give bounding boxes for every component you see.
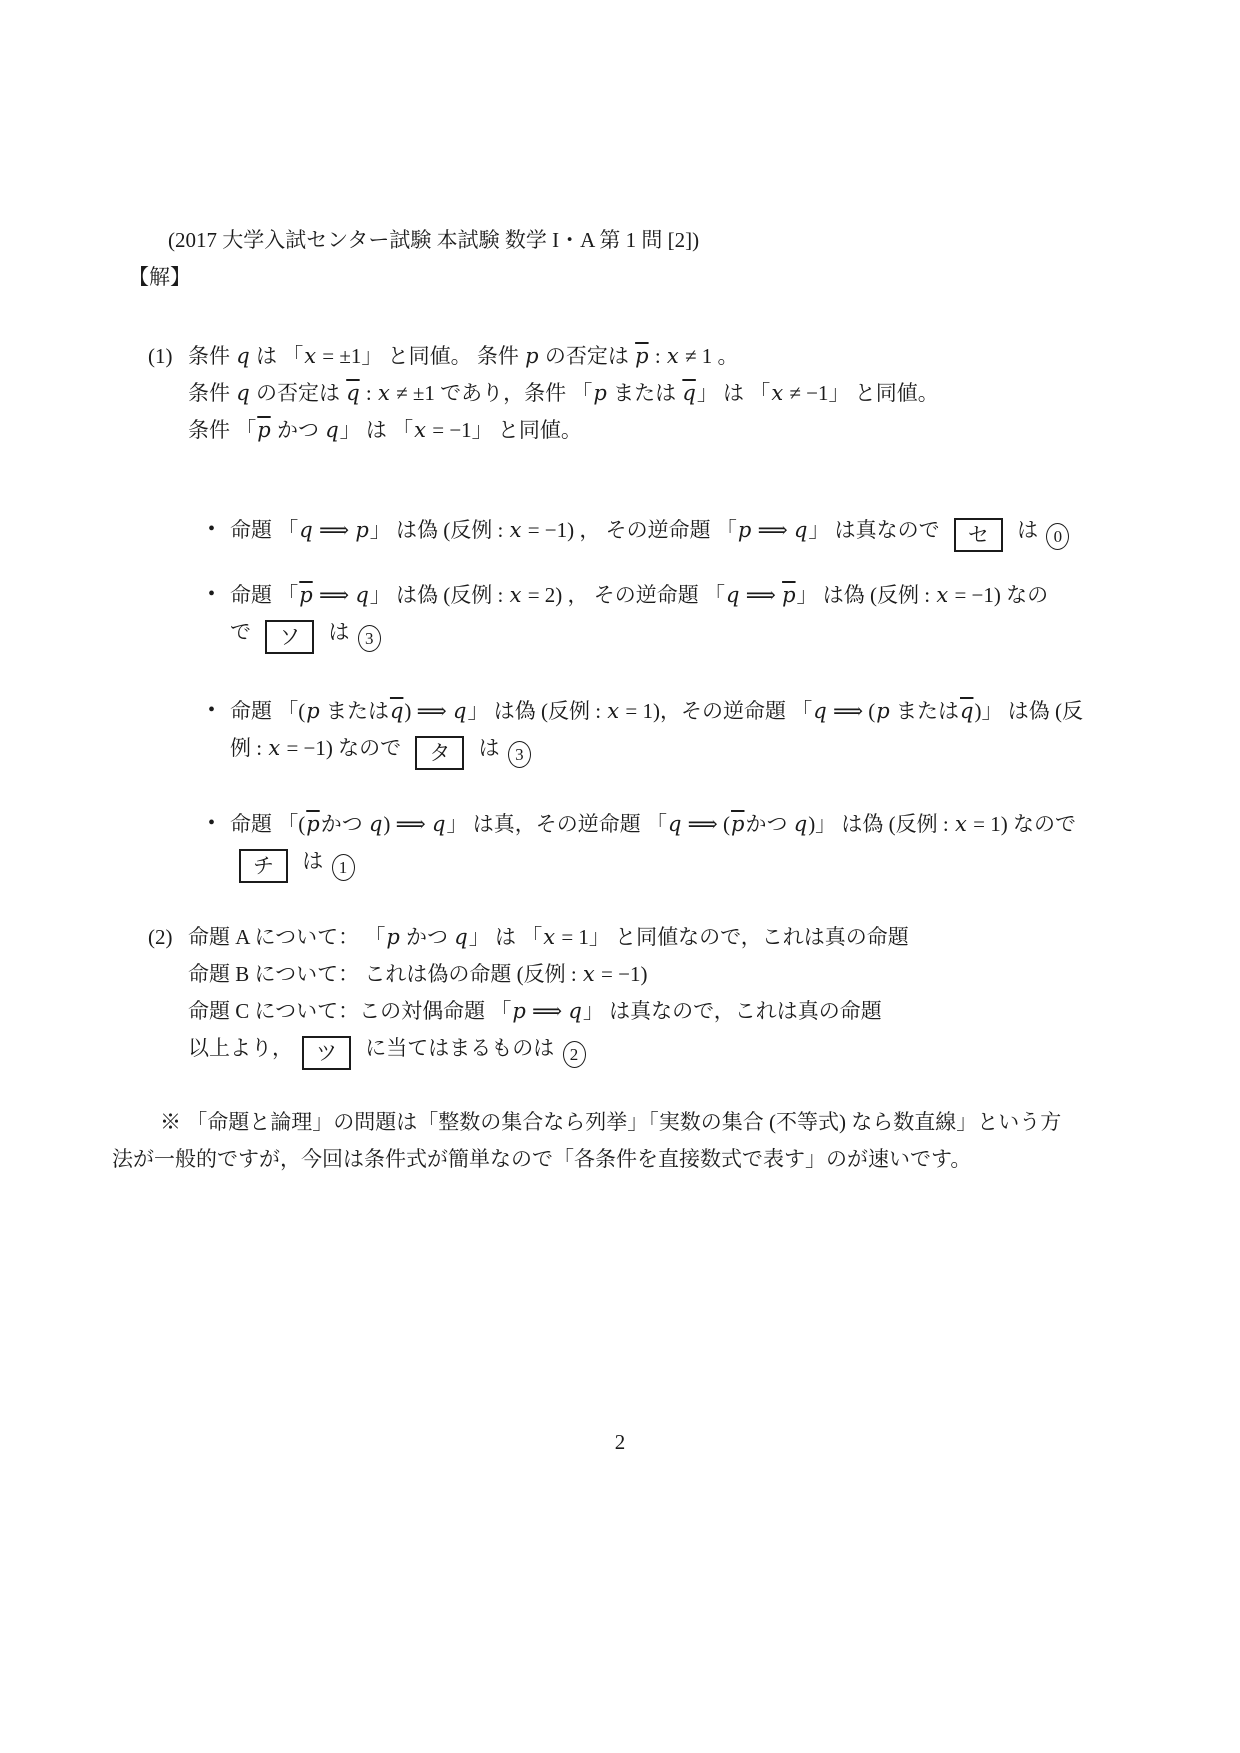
note-line-2: 法が一般的ですが，今回は条件式が簡単なので「各条件を直接数式で表す」のが速いです… bbox=[112, 1141, 1128, 1178]
text-run: 命題 「 bbox=[230, 583, 298, 607]
bullet-2-line-2: で ソ は 3 bbox=[230, 614, 1128, 654]
bullet-3-line-1: 命題 「(p またはq) ⟹ q」 は偽 (反例 : x = 1)，その逆命題 … bbox=[230, 693, 1128, 730]
math-variable-overline: p bbox=[634, 344, 649, 368]
bullet-icon: • bbox=[208, 511, 215, 548]
math-variable: p bbox=[592, 381, 607, 405]
math-variable: x bbox=[413, 418, 427, 442]
text-run: 命題 「 bbox=[230, 518, 298, 542]
math-variable: q bbox=[431, 812, 446, 836]
text-run: ※ 「命題と論理」の問題は「整数の集合なら列挙」「実数の集合 (不等式) なら数… bbox=[160, 1110, 1061, 1134]
math-variable: p bbox=[354, 518, 369, 542]
bullet-item-2: • 命題 「p ⟹ q」 は偽 (反例 : x = 2) ， その逆命題 「q … bbox=[188, 577, 1128, 654]
math-variable: p bbox=[737, 518, 752, 542]
math-variable: x bbox=[377, 381, 391, 405]
math-variable: q bbox=[452, 699, 467, 723]
text-run: ⟹ bbox=[314, 583, 355, 607]
circled-digit: 3 bbox=[508, 741, 531, 768]
math-variable: x bbox=[666, 344, 680, 368]
math-variable: q bbox=[567, 999, 582, 1023]
part-2-line-4: 以上より，ツ に当てはまるものは 2 bbox=[188, 1030, 1128, 1070]
math-variable: q bbox=[812, 699, 827, 723]
page-number: 2 bbox=[0, 1424, 1240, 1461]
text-run: ≠ ±1 であり，条件 「 bbox=[391, 381, 593, 405]
bullet-3-line-2: 例 : x = −1) なので タ は 3 bbox=[230, 730, 1128, 770]
circled-digit: 1 bbox=[332, 854, 355, 881]
text-run: = 1) なので bbox=[968, 812, 1076, 836]
text-run: = 1)，その逆命題 「 bbox=[620, 699, 812, 723]
math-variable: q bbox=[354, 583, 369, 607]
bullet-icon: • bbox=[208, 692, 215, 729]
text-run: ) ⟹ bbox=[383, 812, 431, 836]
math-variable: x bbox=[303, 344, 317, 368]
text-run: 命題 C について：この対偶命題 「 bbox=[188, 999, 511, 1023]
part-2-number: (2) bbox=[148, 919, 173, 956]
math-variable: q bbox=[235, 381, 250, 405]
text-run: (2017 大学入試センター試験 本試験 数学 I・A 第 1 問 [2]) bbox=[168, 228, 699, 252]
text-run: かつ bbox=[272, 418, 325, 442]
text-run: ⟹ ( bbox=[682, 812, 730, 836]
text-run: 法が一般的ですが，今回は条件式が簡単なので「各条件を直接数式で表す」のが速いです… bbox=[112, 1147, 971, 1171]
bullet-icon: • bbox=[208, 805, 215, 842]
text-run: 命題 A について： 「 bbox=[188, 925, 385, 949]
text-run: は 「 bbox=[251, 344, 304, 368]
part-2-line-2: 命題 B について： これは偽の命題 (反例 : x = −1) bbox=[188, 956, 1128, 993]
math-variable: p bbox=[875, 699, 890, 723]
text-run: ) ⟹ bbox=[404, 699, 452, 723]
math-variable-overline: p bbox=[781, 583, 796, 607]
math-variable: q bbox=[793, 812, 808, 836]
text-run: = 2) ， その逆命題 「 bbox=[522, 583, 725, 607]
answer-box: ツ bbox=[302, 1036, 351, 1070]
answer-box: ソ bbox=[265, 620, 314, 654]
bullet-4-line-2: チ は 1 bbox=[230, 843, 1128, 883]
math-variable-overline: q bbox=[959, 699, 974, 723]
text-run: = −1) なので bbox=[281, 736, 406, 760]
math-variable-overline: q bbox=[389, 699, 404, 723]
math-variable: q bbox=[324, 418, 339, 442]
text-run: ⟹ bbox=[527, 999, 568, 1023]
text-run: ⟹ bbox=[752, 518, 793, 542]
text-run: かつ bbox=[401, 925, 454, 949]
math-variable: q bbox=[368, 812, 383, 836]
math-variable: x bbox=[267, 736, 281, 760]
text-run: = −1) ， その逆命題 「 bbox=[522, 518, 736, 542]
text-run: 」 は偽 (反例 : bbox=[797, 583, 936, 607]
text-run: : bbox=[650, 344, 666, 368]
note-paragraph: ※ 「命題と論理」の問題は「整数の集合なら列挙」「実数の集合 (不等式) なら数… bbox=[112, 1104, 1128, 1178]
part-2-line-3: 命題 C について：この対偶命題 「p ⟹ q」 は真なので，これは真の命題 bbox=[188, 993, 1128, 1030]
text-run: の否定は bbox=[540, 344, 635, 368]
text-run: は bbox=[1012, 518, 1044, 542]
text-run: 命題 「( bbox=[230, 699, 305, 723]
part-2-section: (2) 命題 A について： 「p かつ q」 は 「x = 1」 と同値なので… bbox=[112, 919, 1128, 1070]
math-variable: q bbox=[298, 518, 313, 542]
math-variable: x bbox=[509, 583, 523, 607]
part-1-section: (1) 条件 q は 「x = ±1」 と同値。 条件 p の否定は p : x… bbox=[112, 338, 1128, 883]
math-variable-overline: q bbox=[345, 381, 360, 405]
text-run: = −1) bbox=[596, 962, 648, 986]
text-run: 」 は偽 (反例 : bbox=[370, 583, 509, 607]
text-run: かつ bbox=[321, 812, 368, 836]
math-variable: x bbox=[582, 962, 596, 986]
text-run: ⟹ bbox=[314, 518, 355, 542]
text-run: 」 は真，その逆命題 「 bbox=[446, 812, 667, 836]
math-variable: x bbox=[770, 381, 784, 405]
math-variable-overline: p bbox=[298, 583, 313, 607]
text-run: 条件 「 bbox=[188, 418, 256, 442]
bullet-4-line-1: 命題 「(pかつ q) ⟹ q」 は真，その逆命題 「q ⟹ (pかつ q)」 … bbox=[230, 806, 1128, 843]
text-run: かつ bbox=[745, 812, 792, 836]
bullet-item-4: • 命題 「(pかつ q) ⟹ q」 は真，その逆命題 「q ⟹ (pかつ q)… bbox=[188, 806, 1128, 883]
bullet-item-1: • 命題 「q ⟹ p」 は偽 (反例 : x = −1) ， その逆命題 「p… bbox=[188, 512, 1128, 552]
text-run: 」 は 「 bbox=[697, 381, 771, 405]
bullet-item-3: • 命題 「(p またはq) ⟹ q」 は偽 (反例 : x = 1)，その逆命… bbox=[188, 693, 1128, 770]
answer-box: セ bbox=[954, 518, 1003, 552]
math-variable: p bbox=[305, 699, 320, 723]
circled-digit: 2 bbox=[563, 1041, 586, 1068]
math-variable: x bbox=[954, 812, 968, 836]
math-variable: q bbox=[453, 925, 468, 949]
math-variable-overline: p bbox=[256, 418, 271, 442]
text-run: 」 は真なので bbox=[808, 518, 945, 542]
math-variable-overline: p bbox=[305, 812, 320, 836]
text-run: は bbox=[297, 849, 329, 873]
math-variable: q bbox=[725, 583, 740, 607]
text-run: は bbox=[323, 620, 355, 644]
math-variable: p bbox=[524, 344, 539, 368]
text-run: 」 は偽 (反例 : bbox=[467, 699, 606, 723]
text-run: に当てはまるものは bbox=[360, 1036, 560, 1060]
math-variable: q bbox=[793, 518, 808, 542]
math-variable: x bbox=[606, 699, 620, 723]
text-run: = −1) なの bbox=[949, 583, 1048, 607]
text-run: : bbox=[361, 381, 377, 405]
circled-digit: 3 bbox=[358, 625, 381, 652]
text-run: の否定は bbox=[251, 381, 346, 405]
text-run: 」 は真なので，これは真の命題 bbox=[583, 999, 882, 1023]
bullet-2-line-1: 命題 「p ⟹ q」 は偽 (反例 : x = 2) ， その逆命題 「q ⟹ … bbox=[230, 577, 1128, 614]
text-run: )」 は偽 (反 bbox=[974, 699, 1083, 723]
math-variable: q bbox=[235, 344, 250, 368]
part-1-number: (1) bbox=[148, 338, 173, 375]
math-variable: x bbox=[935, 583, 949, 607]
text-run: 」 は 「 bbox=[469, 925, 543, 949]
bullet-1-line-1: 命題 「q ⟹ p」 は偽 (反例 : x = −1) ， その逆命題 「p ⟹… bbox=[230, 512, 1128, 552]
text-run: ≠ 1 。 bbox=[680, 344, 739, 368]
solution-label: 【解】 bbox=[112, 259, 1128, 296]
part-1-line-2: 条件 q の否定は q : x ≠ ±1 であり，条件 「p または q」 は … bbox=[188, 375, 1128, 412]
math-variable-overline: p bbox=[730, 812, 745, 836]
text-run: = 1」 と同値なので，これは真の命題 bbox=[556, 925, 909, 949]
text-run: )」 は偽 (反例 : bbox=[808, 812, 954, 836]
text-run: 命題 「( bbox=[230, 812, 305, 836]
text-run: で bbox=[230, 620, 256, 644]
text-run: ≠ −1」 と同値。 bbox=[784, 381, 939, 405]
text-run: = −1」 と同値。 bbox=[427, 418, 582, 442]
document-title: (2017 大学入試センター試験 本試験 数学 I・A 第 1 問 [2]) bbox=[112, 222, 1128, 259]
text-run: 条件 bbox=[188, 381, 235, 405]
text-run: または bbox=[321, 699, 389, 723]
bullet-icon: • bbox=[208, 576, 215, 613]
math-variable: p bbox=[385, 925, 400, 949]
text-run: 命題 B について： これは偽の命題 (反例 : bbox=[188, 962, 582, 986]
content: (2017 大学入試センター試験 本試験 数学 I・A 第 1 問 [2]) 【… bbox=[0, 0, 1240, 1178]
answer-box: チ bbox=[239, 849, 288, 883]
text-run: は bbox=[473, 736, 505, 760]
bullet-list: • 命題 「q ⟹ p」 は偽 (反例 : x = −1) ， その逆命題 「p… bbox=[188, 512, 1128, 883]
text-run: ⟹ ( bbox=[828, 699, 876, 723]
text-run: 例 : bbox=[230, 736, 267, 760]
note-line-1: ※ 「命題と論理」の問題は「整数の集合なら列挙」「実数の集合 (不等式) なら数… bbox=[112, 1104, 1128, 1141]
text-run: 」 は 「 bbox=[340, 418, 414, 442]
text-run: ⟹ bbox=[740, 583, 781, 607]
text-run: 以上より， bbox=[188, 1036, 293, 1060]
math-variable: p bbox=[511, 999, 526, 1023]
part-1-line-1: 条件 q は 「x = ±1」 と同値。 条件 p の否定は p : x ≠ 1… bbox=[188, 338, 1128, 375]
text-run: または bbox=[608, 381, 682, 405]
page: (2017 大学入試センター試験 本試験 数学 I・A 第 1 問 [2]) 【… bbox=[0, 0, 1240, 1753]
part-1-line-3: 条件 「p かつ q」 は 「x = −1」 と同値。 bbox=[188, 412, 1128, 449]
math-variable: x bbox=[542, 925, 556, 949]
answer-box: タ bbox=[415, 736, 464, 770]
text-run: 条件 bbox=[188, 344, 235, 368]
math-variable: q bbox=[667, 812, 682, 836]
text-run: 」 は偽 (反例 : bbox=[370, 518, 509, 542]
math-variable-overline: q bbox=[681, 381, 696, 405]
text-run: または bbox=[891, 699, 959, 723]
math-variable: x bbox=[509, 518, 523, 542]
part-2-line-1: 命題 A について： 「p かつ q」 は 「x = 1」 と同値なので，これは… bbox=[188, 919, 1128, 956]
text-run: = ±1」 と同値。 条件 bbox=[317, 344, 524, 368]
circled-digit: 0 bbox=[1046, 523, 1069, 550]
